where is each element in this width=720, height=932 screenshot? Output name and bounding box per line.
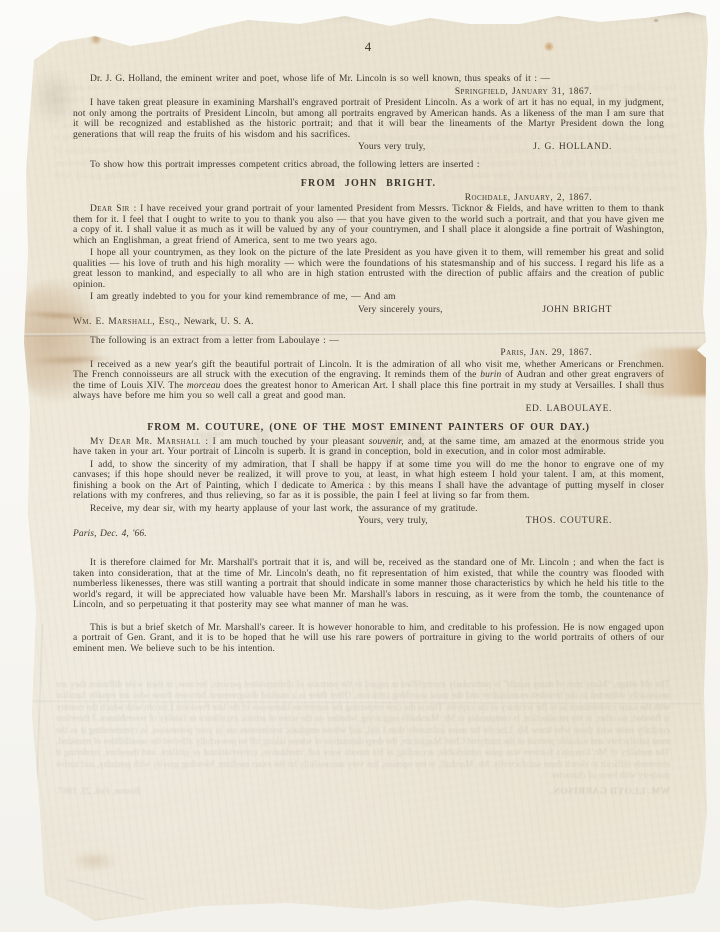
corner-smudge	[32, 70, 76, 124]
couture-paragraph-3: Receive, my dear sir, with my hearty app…	[73, 504, 664, 515]
scan-background: { "page": { "number": "4" }, "colors": {…	[0, 0, 720, 932]
bleed-through-signature: WM. LLOYD GARRISON.	[550, 787, 670, 798]
diagonal-crease	[67, 878, 145, 899]
holland-closing: Yours very truly,	[358, 142, 425, 153]
bleed-through-bottom-layer: The old adage, “Many men of many minds” …	[56, 680, 670, 845]
bright-letter-heading: FROM JOHN BRIGHT.	[73, 179, 664, 190]
bleed-through-signature-row: WM. LLOYD GARRISON. Boston, Feb. 25, 186…	[56, 787, 670, 798]
couture-paragraph-1a: I am much touched by your pleasant	[213, 437, 365, 447]
laboulaye-signature-row: ED. LABOULAYE.	[73, 404, 664, 415]
conclusion-paragraph-2: This is but a brief sketch of Mr. Marsha…	[73, 623, 664, 655]
ink-speck	[616, 14, 621, 18]
laboulaye-dateline: Paris, Jan. 29, 1867.	[73, 348, 664, 359]
holland-intro: Dr. J. G. Holland, the eminent writer an…	[73, 74, 664, 85]
couture-signature-row: Yours, very truly, THOS. COUTURE.	[73, 516, 664, 527]
bright-paragraph-1-text: I have received your grand portrait of y…	[73, 204, 664, 246]
holland-letter-body: I have taken great pleasure in examining…	[73, 98, 664, 140]
bright-signature-row: Very sincerely yours, JOHN BRIGHT	[73, 305, 664, 316]
couture-italic-souvenir: souvenir,	[369, 437, 404, 447]
couture-paragraph-2: I add, to show the sincerity of my admir…	[73, 460, 664, 502]
transition-note: To show how this portrait impresses comp…	[73, 160, 664, 171]
bleed-through-paragraph: The old adage, “Many men of many minds” …	[56, 680, 670, 783]
holland-dateline: Springfield, January 31, 1867.	[73, 87, 664, 98]
bright-dateline: Rochdale, January, 2, 1867.	[73, 193, 664, 204]
bright-closing: Very sincerely yours,	[358, 305, 443, 316]
bleed-through-dateline: Boston, Feb. 25, 1867.	[56, 787, 140, 798]
holland-signature: J. G. HOLLAND.	[533, 142, 612, 153]
bright-address-line: Wm. E. Marshall, Esq., Newark, U. S. A.	[73, 317, 664, 328]
printed-text-column: 4 Dr. J. G. Holland, the eminent writer …	[73, 40, 664, 656]
couture-letter-heading: FROM M. COUTURE, (ONE OF THE MOST EMINEN…	[73, 423, 664, 434]
bright-salutation: Dear Sir :	[90, 204, 137, 214]
laboulaye-letter-body: I received as a new year's gift the beau…	[73, 360, 664, 402]
bright-paragraph-2: I hope all your countrymen, as they look…	[73, 248, 664, 290]
bright-address-name: Wm. E. Marshall, Esq.,	[73, 317, 180, 327]
conclusion-paragraph-1: It is therefore claimed for Mr. Marshall…	[73, 558, 664, 611]
bright-paragraph-3: I am greatly indebted to you for your ki…	[73, 292, 664, 303]
horizontal-fold-crease	[24, 699, 700, 704]
couture-paragraph-1: My Dear Mr. Marshall : I am much touched…	[73, 437, 664, 458]
laboulaye-signature: ED. LABOULAYE.	[526, 404, 612, 415]
bright-address-rest: Newark, U. S. A.	[184, 317, 254, 327]
vertical-crease	[35, 624, 43, 784]
couture-closing: Yours, very truly,	[358, 516, 428, 527]
bright-paragraph-1: Dear Sir : I have received your grand po…	[73, 204, 664, 246]
bright-signature: JOHN BRIGHT	[542, 305, 612, 316]
couture-salutation: My Dear Mr. Marshall :	[90, 437, 208, 447]
foxing-stain	[72, 852, 116, 870]
couture-signature: THOS. COUTURE.	[526, 516, 612, 527]
laboulaye-italic-morceau: morceau	[187, 381, 221, 391]
holland-signature-row: Yours very truly, J. G. HOLLAND.	[73, 142, 664, 153]
laboulaye-intro: The following is an extract from a lette…	[73, 336, 664, 347]
couture-place-date: Paris, Dec. 4, '66.	[73, 529, 664, 540]
ink-speck	[654, 19, 658, 22]
laboulaye-italic-burin: burin	[480, 370, 501, 380]
page-number: 4	[73, 40, 664, 54]
document-page: The old adage, “Many men of many minds” …	[14, 12, 714, 924]
